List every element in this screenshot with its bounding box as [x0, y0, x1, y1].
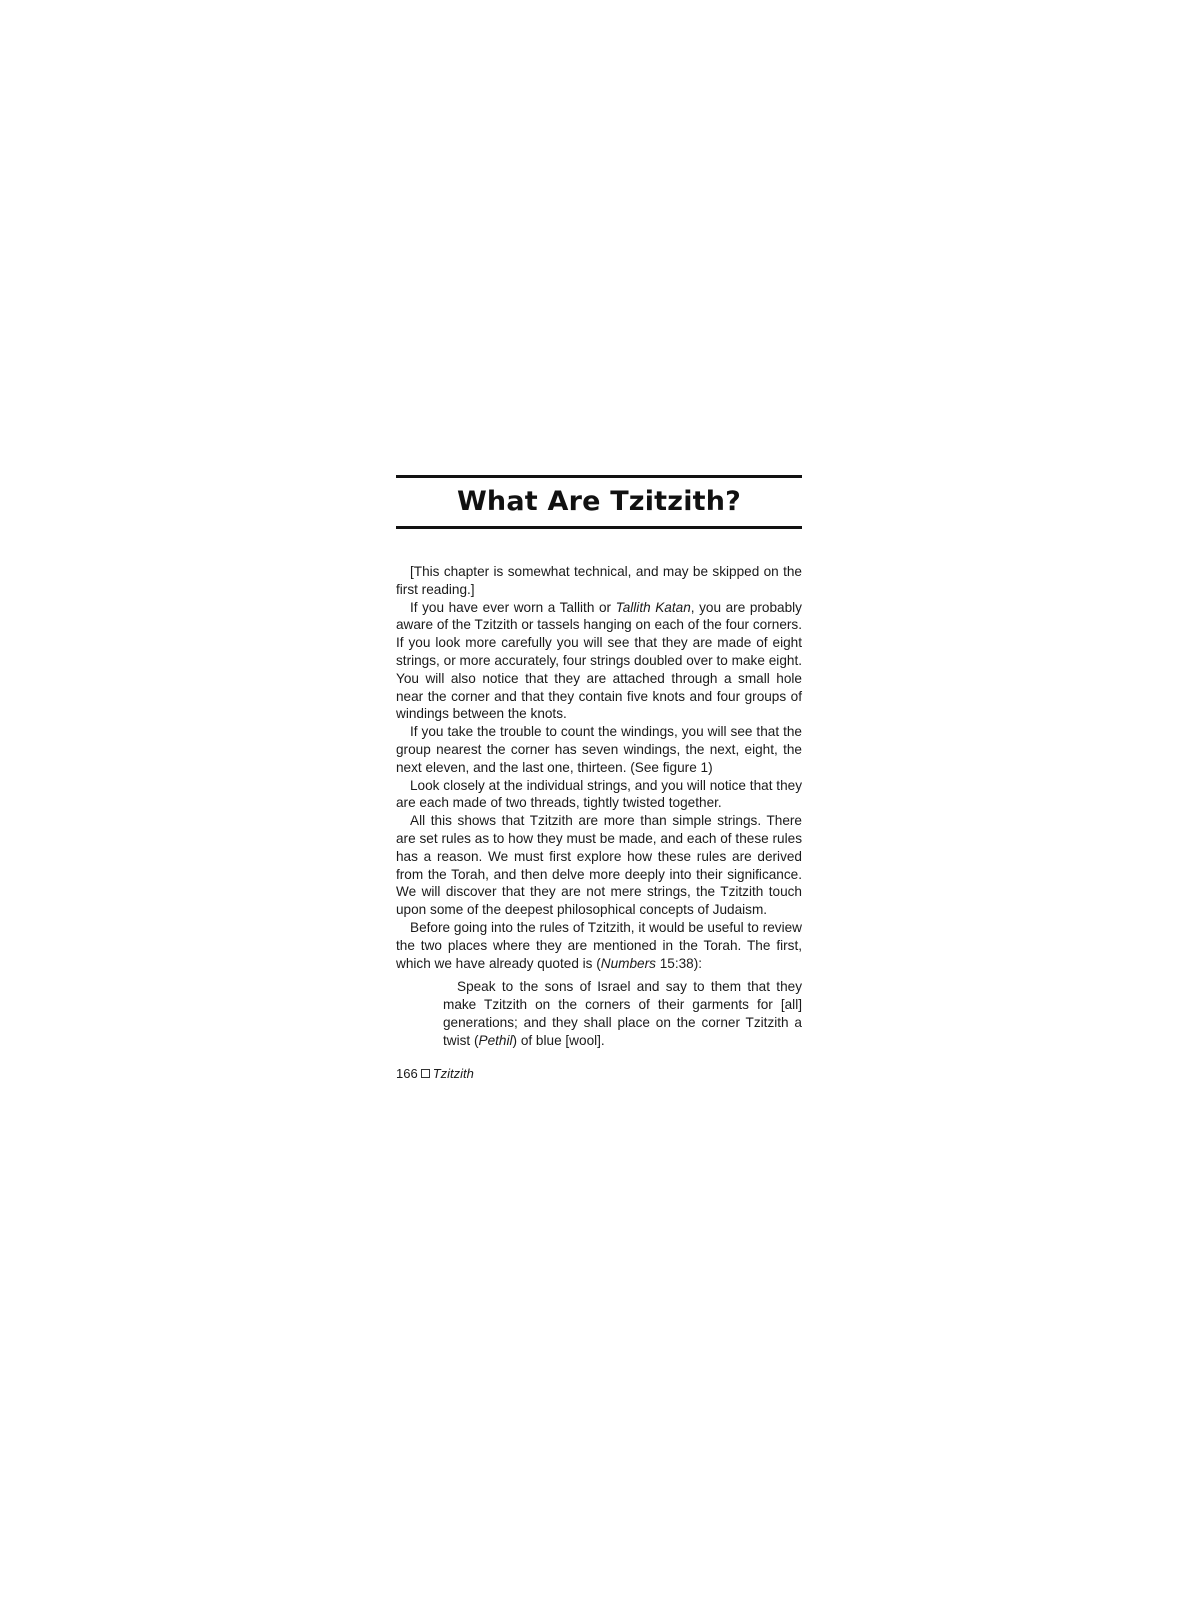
paragraph-significance: All this shows that Tzitzith are more th… — [396, 812, 802, 919]
block-quote: Speak to the sons of Israel and say to t… — [443, 978, 802, 1049]
paragraph-torah-sources: Before going into the rules of Tzitzith,… — [396, 919, 802, 972]
paragraph-threads: Look closely at the individual strings, … — [396, 777, 802, 813]
square-separator-icon — [421, 1069, 430, 1078]
quote-text: Speak to the sons of Israel and say to t… — [443, 978, 802, 1049]
term-pethil: Pethil — [479, 1033, 513, 1048]
chapter-body: [This chapter is somewhat technical, and… — [396, 563, 802, 972]
page-number: 166 — [396, 1066, 418, 1081]
page-footer: 166Tzitzith — [396, 1066, 802, 1081]
chapter-title: What Are Tzitzith? — [396, 486, 802, 517]
running-title: Tzitzith — [433, 1066, 474, 1081]
term-tallith-katan: Tallith Katan — [616, 600, 691, 615]
paragraph-tallith: If you have ever worn a Tallith or Talli… — [396, 599, 802, 724]
title-top-rule — [396, 475, 802, 478]
paragraph-intro-note: [This chapter is somewhat technical, and… — [396, 563, 802, 599]
paragraph-windings: If you take the trouble to count the win… — [396, 723, 802, 776]
title-bottom-rule — [396, 526, 802, 529]
book-page: What Are Tzitzith? [This chapter is some… — [396, 475, 802, 1081]
citation-numbers: Numbers — [601, 956, 656, 971]
